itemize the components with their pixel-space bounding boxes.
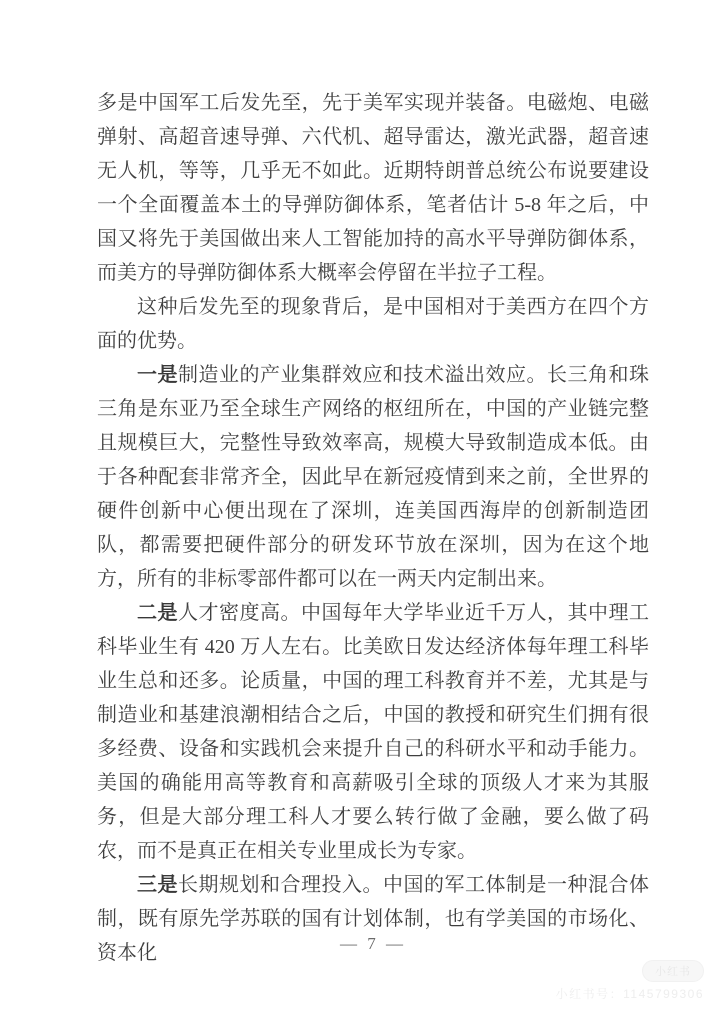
paragraph-lead: 二是 — [137, 602, 178, 624]
paragraph-lead: 三是 — [137, 874, 178, 896]
paragraph: 这种后发先至的现象背后，是中国相对于美西方在四个方面的优势。 — [97, 290, 649, 358]
xiaohongshu-badge: 小红书 — [642, 960, 704, 982]
paragraph: 一是制造业的产业集群效应和技术溢出效应。长三角和珠三角是东亚乃至全球生产网络的枢… — [97, 358, 649, 596]
paragraph: 多是中国军工后发先至，先于美军实现并装备。电磁炮、电磁弹射、高超音速导弹、六代机… — [97, 86, 649, 290]
document-page: 多是中国军工后发先至，先于美军实现并装备。电磁炮、电磁弹射、高超音速导弹、六代机… — [0, 0, 720, 1018]
paragraph-text: 这种后发先至的现象背后，是中国相对于美西方在四个方面的优势。 — [97, 296, 649, 352]
watermark: 小红书 小红书号：1145799306 — [556, 960, 704, 1002]
paragraph-text: 人才密度高。中国每年大学毕业近千万人，其中理工科毕业生有 420 万人左右。比美… — [97, 602, 649, 862]
page-number: — 7 — — [97, 934, 649, 954]
paragraph: 三是长期规划和合理投入。中国的军工体制是一种混合体制，既有原先学苏联的国有计划体… — [97, 868, 649, 970]
watermark-id: 小红书号：1145799306 — [556, 985, 704, 1002]
paragraph-text: 制造业的产业集群效应和技术溢出效应。长三角和珠三角是东亚乃至全球生产网络的枢纽所… — [97, 364, 649, 590]
paragraph-lead: 一是 — [137, 364, 178, 386]
paragraph-text: 多是中国军工后发先至，先于美军实现并装备。电磁炮、电磁弹射、高超音速导弹、六代机… — [97, 92, 649, 284]
body-text: 多是中国军工后发先至，先于美军实现并装备。电磁炮、电磁弹射、高超音速导弹、六代机… — [97, 86, 649, 970]
paragraph: 二是人才密度高。中国每年大学毕业近千万人，其中理工科毕业生有 420 万人左右。… — [97, 596, 649, 868]
